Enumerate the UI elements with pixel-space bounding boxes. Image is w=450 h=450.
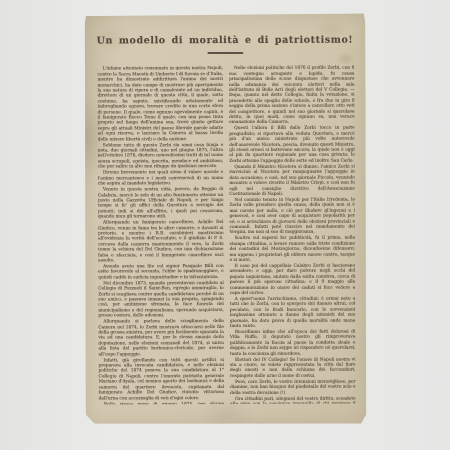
paragraph: Elettori del IV Collegio! Se l'onore di … bbox=[230, 357, 356, 379]
paragraph: Venuto in questa nostra città, povero, d… bbox=[98, 187, 224, 220]
paragraph: Nel dicembre 1873, quando presentavasi c… bbox=[98, 281, 224, 319]
paragraph: Infatti, già girellando con tutti questi… bbox=[98, 358, 224, 402]
paragraph: Allorquando un famigerato cancelliere, A… bbox=[98, 220, 224, 264]
paragraph: Diremo brevemente noi quali sieno il val… bbox=[98, 170, 224, 187]
paragraph: Avendo avuto una lite col signor Pasqual… bbox=[98, 264, 224, 281]
document-title: Un modello di moralità e di patriottismo… bbox=[92, 35, 357, 48]
paragraph: Questi l'allora il Billi dallo Zerbi toc… bbox=[229, 126, 355, 164]
paragraph: Scaltro sul sapersi far pubblicità, fu i… bbox=[230, 236, 356, 263]
paragraph: Sebbene tutto di questo Zerbi sia omai c… bbox=[98, 143, 224, 170]
column-left: L'infame attentato consumato in questa n… bbox=[97, 66, 224, 404]
paragraph: L'infame attentato consumato in questa n… bbox=[97, 66, 223, 142]
text-columns: L'infame attentato consumato in questa n… bbox=[84, 54, 366, 405]
column-right: Nelle elezioni politiche del 1876 il pro… bbox=[229, 66, 356, 404]
paragraph: Il caso poi del cappellaio Calabro Zerbi… bbox=[230, 264, 356, 297]
paragraph: Però, caro Zerbi, le vostre intenzioni m… bbox=[230, 379, 356, 396]
paragraph: Nel comizio tenuto in Napoli per l'Itali… bbox=[229, 197, 355, 235]
paragraph: Allorquando si parlava dello sciogliment… bbox=[98, 319, 224, 357]
paragraph: A quest'uomo l'arrischiamo, cittadini: è… bbox=[230, 297, 356, 330]
paragraph: Ricordiamo infine che all'epoca dei fatt… bbox=[230, 330, 356, 357]
paragraph: Nelle elezioni politiche del 1876 il pro… bbox=[229, 66, 355, 126]
broadside-paper: Un modello di moralità e di patriottismo… bbox=[84, 14, 366, 425]
paragraph: Ora cittadini puri, sdegnosi del vostro … bbox=[230, 396, 356, 405]
paragraph: Quando il Ministro Nicotera si dimise, l… bbox=[229, 164, 355, 197]
paragraph: Nello stesso mese di giugno 1875, per al… bbox=[99, 402, 225, 405]
